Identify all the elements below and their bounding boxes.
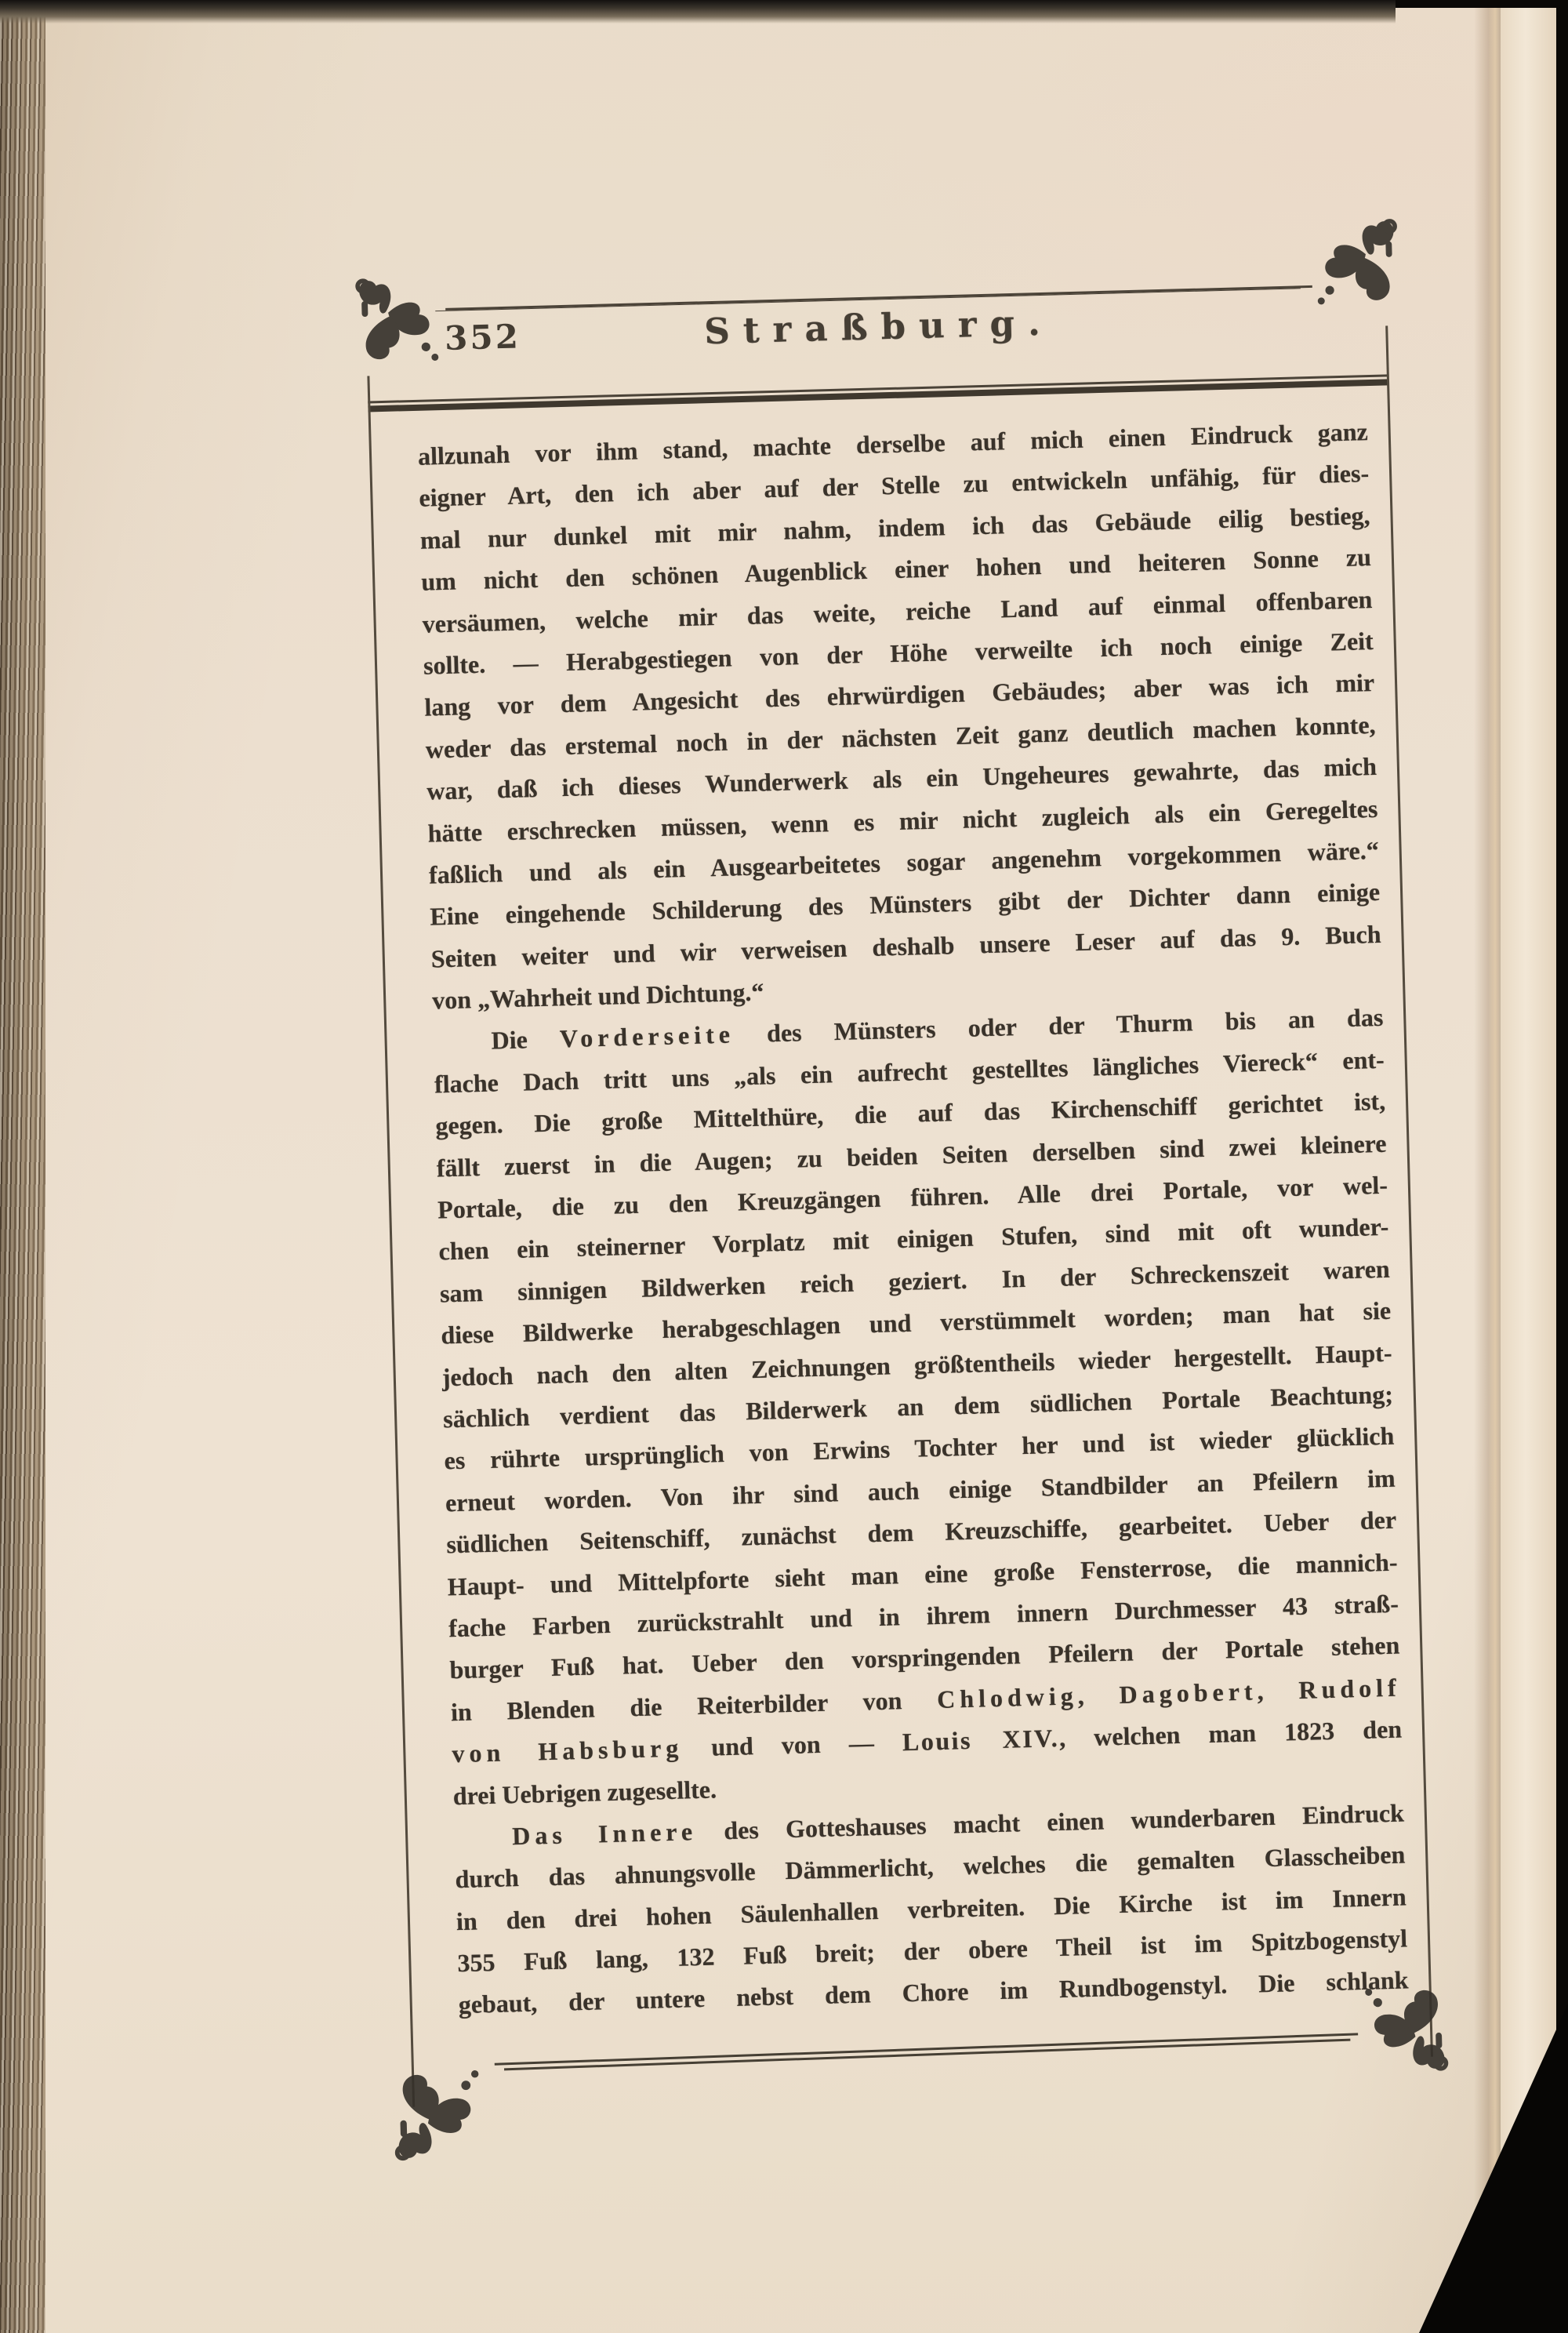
footer-rule [495, 2033, 1359, 2070]
book-top-edge [0, 0, 1396, 24]
corner-fleuron-bottom-right-icon [1362, 1982, 1452, 2077]
printed-area: 352 Straßburg. allzunah vor ihm stand, m… [351, 214, 1452, 2178]
header-heavy-rule [368, 374, 1388, 412]
corner-fleuron-bottom-left-icon [390, 2066, 485, 2165]
running-title: Straßburg. [354, 293, 1405, 362]
text-block: allzunah vor ihm stand, machte derselbe … [417, 411, 1409, 2026]
